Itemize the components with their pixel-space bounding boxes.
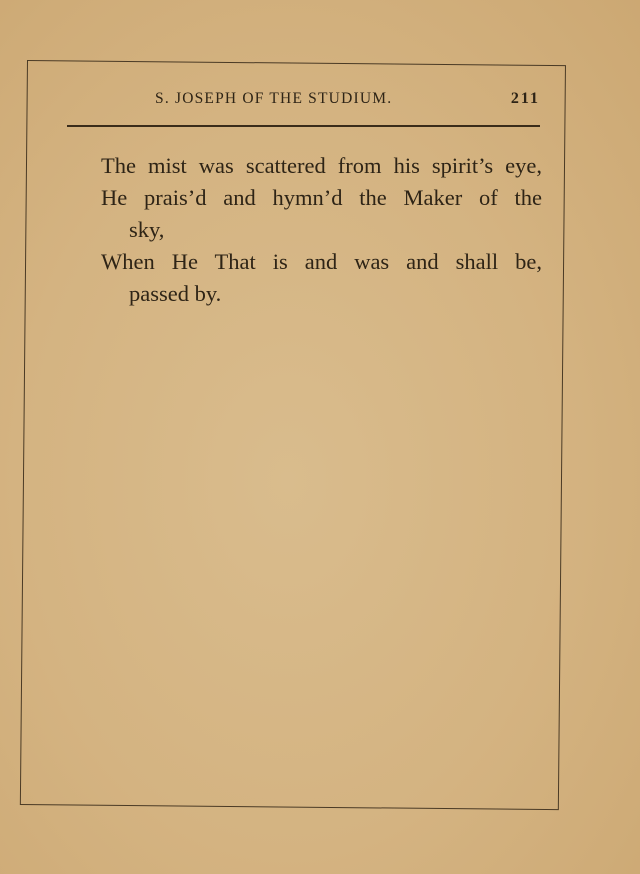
running-title: S. JOSEPH OF THE STUDIUM. <box>155 90 392 108</box>
page-number: 211 <box>511 90 540 108</box>
poem-line: The mist was scattered from his spirit’s… <box>101 150 542 182</box>
poem-line: When He That is and was and shall be, <box>101 246 542 278</box>
running-head: S. JOSEPH OF THE STUDIUM. 211 <box>155 90 540 110</box>
poem-text: The mist was scattered from his spirit’s… <box>101 150 542 310</box>
header-rule <box>67 125 540 127</box>
poem-line-continuation: sky, <box>101 214 542 246</box>
poem-line: He prais’d and hymn’d the Maker of the <box>101 182 542 214</box>
poem-line-continuation: passed by. <box>101 278 542 310</box>
